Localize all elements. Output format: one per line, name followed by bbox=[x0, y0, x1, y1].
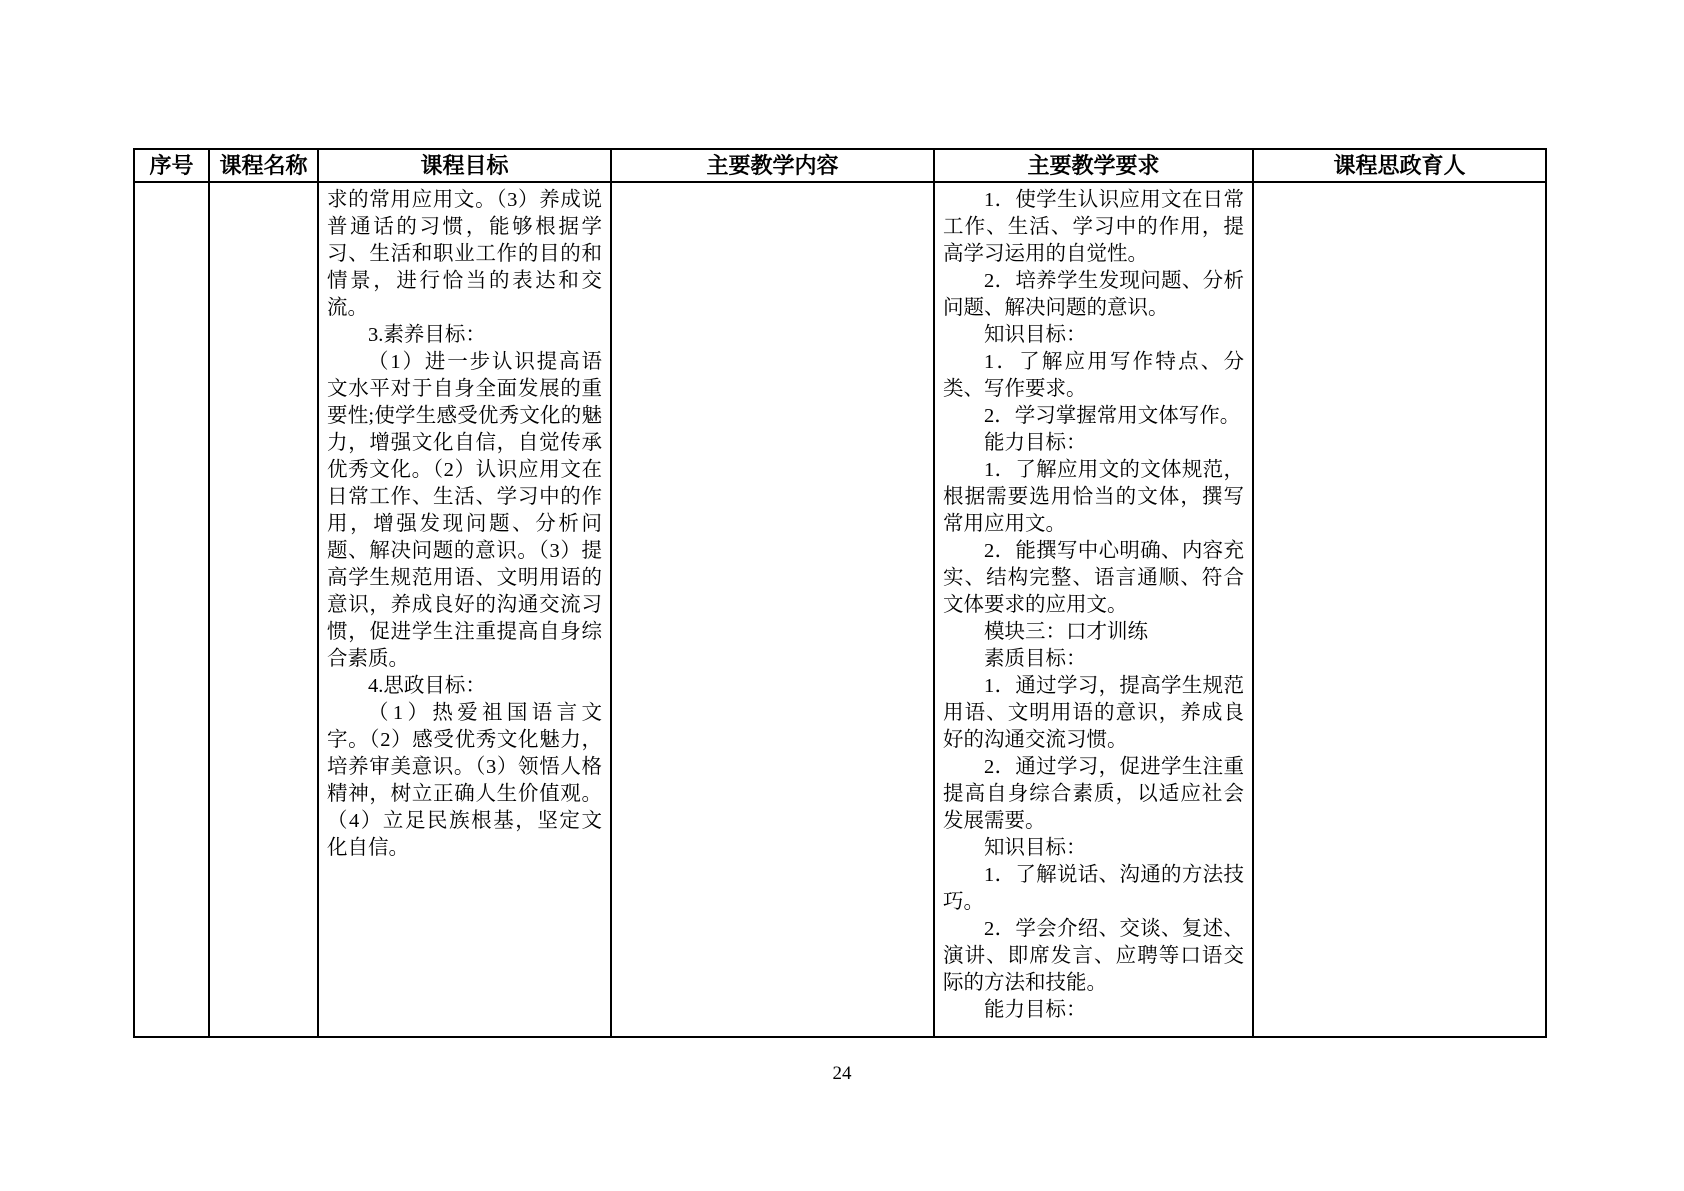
course-table: 序号 课程名称 课程目标 主要教学内容 主要教学要求 课程思政育人 求的常用应用… bbox=[133, 148, 1547, 1038]
paragraph: 3.素养目标： bbox=[327, 322, 602, 349]
paragraph: 求的常用应用文。（3）养成说普通话的习惯，能够根据学习、生活和职业工作的目的和情… bbox=[327, 187, 602, 322]
header-ke-cheng-ming-cheng: 课程名称 bbox=[209, 149, 318, 182]
cell-zhu-yao-jiao-xue-nei-rong bbox=[611, 182, 934, 1037]
cell-ke-cheng-mu-biao: 求的常用应用文。（3）养成说普通话的习惯，能够根据学习、生活和职业工作的目的和情… bbox=[318, 182, 611, 1037]
paragraph: 素质目标： bbox=[943, 646, 1244, 673]
paragraph: （1）热爱祖国语言文字。（2）感受优秀文化魅力，培养审美意识。（3）领悟人格精神… bbox=[327, 700, 602, 862]
paragraph: 2．培养学生发现问题、分析问题、解决问题的意识。 bbox=[943, 268, 1244, 322]
document-page: 序号 课程名称 课程目标 主要教学内容 主要教学要求 课程思政育人 求的常用应用… bbox=[0, 0, 1684, 1191]
paragraph: 1．了解应用文的文体规范，根据需要选用恰当的文体，撰写常用应用文。 bbox=[943, 457, 1244, 538]
paragraph: 模块三：口才训练 bbox=[943, 619, 1244, 646]
paragraph: 能力目标： bbox=[943, 430, 1244, 457]
header-zhu-yao-jiao-xue-yao-qiu: 主要教学要求 bbox=[934, 149, 1253, 182]
paragraph: 2．通过学习，促进学生注重提高自身综合素质，以适应社会发展需要。 bbox=[943, 754, 1244, 835]
paragraph: 2．学会介绍、交谈、复述、演讲、即席发言、应聘等口语交际的方法和技能。 bbox=[943, 916, 1244, 997]
paragraph: 知识目标： bbox=[943, 322, 1244, 349]
paragraph: 1．通过学习，提高学生规范用语、文明用语的意识，养成良好的沟通交流习惯。 bbox=[943, 673, 1244, 754]
cell-xu-hao bbox=[134, 182, 209, 1037]
paragraph: 1．了解应用写作特点、分类、写作要求。 bbox=[943, 349, 1244, 403]
paragraph: 知识目标： bbox=[943, 835, 1244, 862]
table-header-row: 序号 课程名称 课程目标 主要教学内容 主要教学要求 课程思政育人 bbox=[134, 149, 1546, 182]
paragraph: 2．能撰写中心明确、内容充实、结构完整、语言通顺、符合文体要求的应用文。 bbox=[943, 538, 1244, 619]
paragraph: 能力目标： bbox=[943, 997, 1244, 1024]
header-ke-cheng-mu-biao: 课程目标 bbox=[318, 149, 611, 182]
cell-ke-cheng-ming-cheng bbox=[209, 182, 318, 1037]
header-xu-hao: 序号 bbox=[134, 149, 209, 182]
cell-zhu-yao-jiao-xue-yao-qiu: 1．使学生认识应用文在日常工作、生活、学习中的作用，提高学习运用的自觉性。2．培… bbox=[934, 182, 1253, 1037]
paragraph: 4.思政目标： bbox=[327, 673, 602, 700]
header-zhu-yao-jiao-xue-nei-rong: 主要教学内容 bbox=[611, 149, 934, 182]
header-ke-cheng-si-zheng-yu-ren: 课程思政育人 bbox=[1253, 149, 1546, 182]
page-number: 24 bbox=[0, 1062, 1684, 1086]
paragraph: （1）进一步认识提高语文水平对于自身全面发展的重要性;使学生感受优秀文化的魅力，… bbox=[327, 349, 602, 673]
paragraph: 2．学习掌握常用文体写作。 bbox=[943, 403, 1244, 430]
paragraph: 1．了解说话、沟通的方法技巧。 bbox=[943, 862, 1244, 916]
cell-ke-cheng-si-zheng-yu-ren bbox=[1253, 182, 1546, 1037]
table-row: 求的常用应用文。（3）养成说普通话的习惯，能够根据学习、生活和职业工作的目的和情… bbox=[134, 182, 1546, 1037]
paragraph: 1．使学生认识应用文在日常工作、生活、学习中的作用，提高学习运用的自觉性。 bbox=[943, 187, 1244, 268]
